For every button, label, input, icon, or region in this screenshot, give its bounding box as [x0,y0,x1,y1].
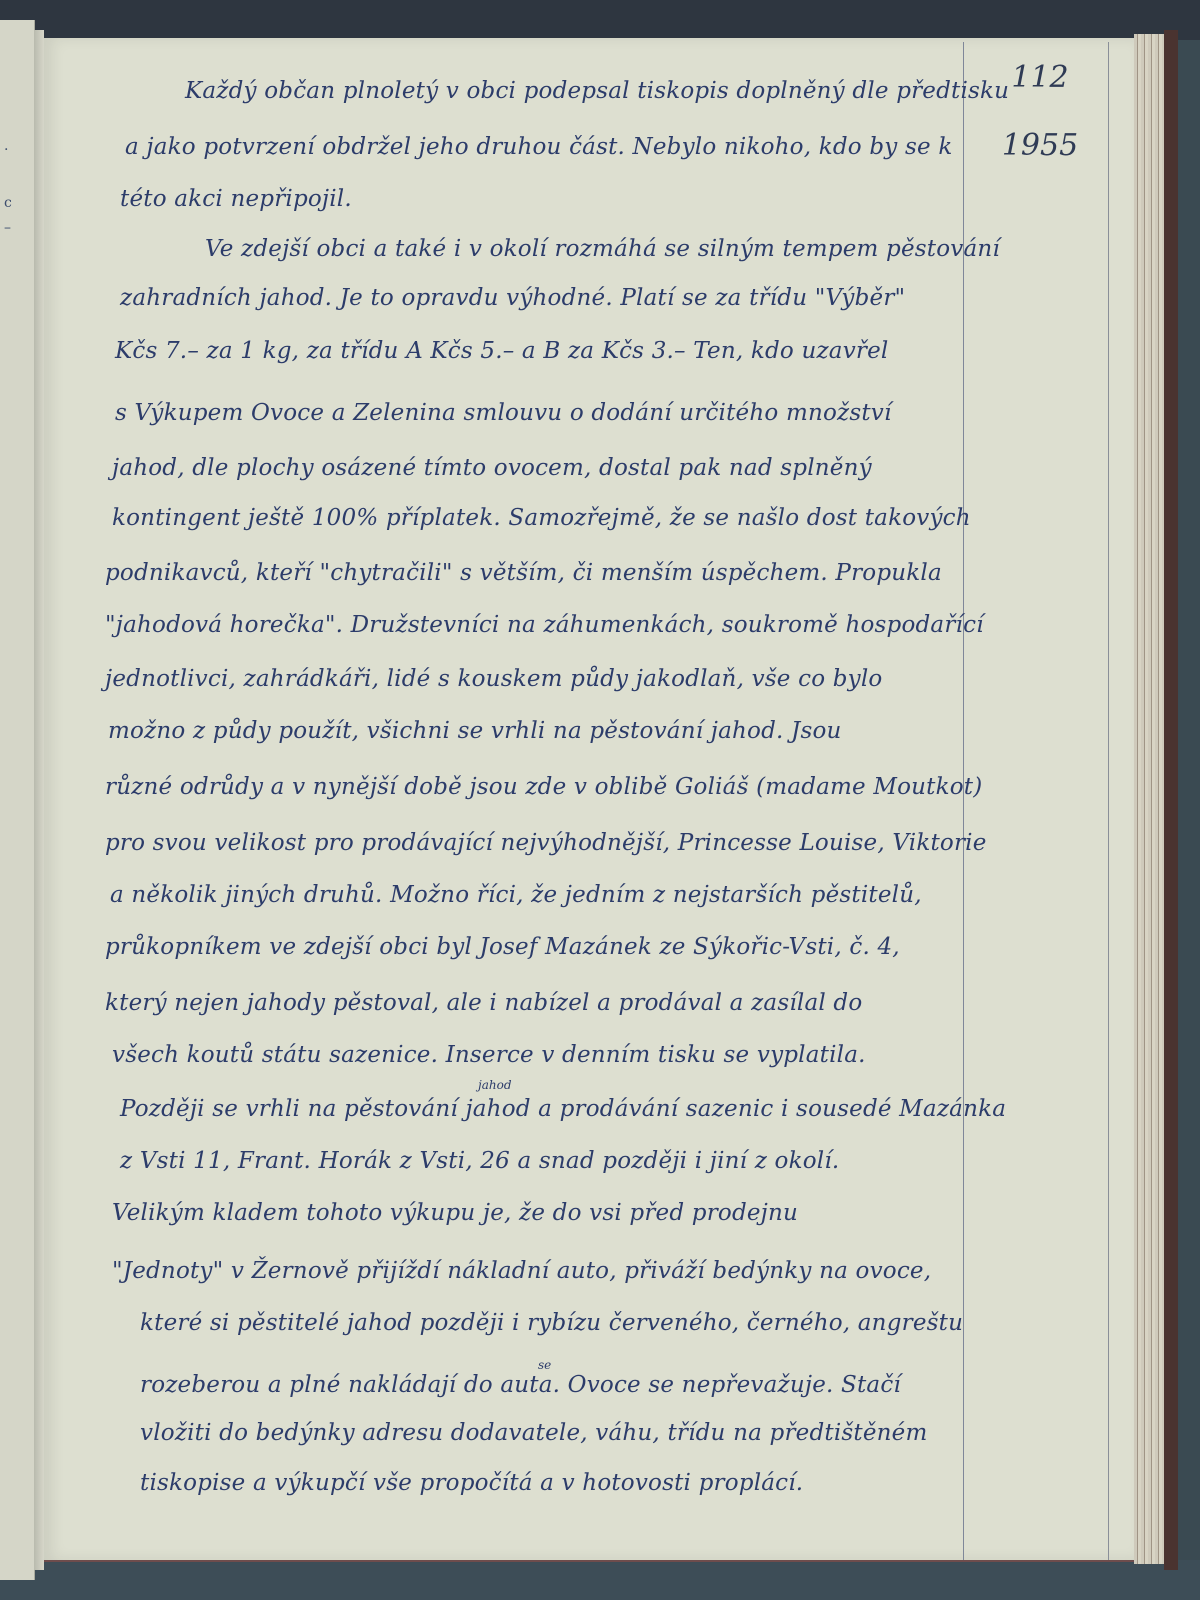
year-label: 1955 [1000,128,1080,163]
text-line: vložiti do bedýnky adresu dodavatele, vá… [140,1420,927,1446]
text-line: Velikým kladem tohoto výkupu je, že do v… [112,1200,798,1226]
text-line: jahod, dle plochy osázené tímto ovocem, … [112,455,872,481]
text-line: Každý občan plnoletý v obci podepsal tis… [185,78,1009,104]
text-line: Ve zdejší obci a také i v okolí rozmáhá … [205,236,1000,262]
text-line: Později se vrhli na pěstování jahod a pr… [120,1096,1006,1122]
text-line: průkopníkem ve zdejší obci byl Josef Maz… [105,934,900,960]
book-gutter [34,30,44,1570]
text-line: kontingent ještě 100% příplatek. Samozře… [112,505,971,531]
text-line: "Jednoty" v Žernově přijíždí nákladní au… [112,1258,931,1284]
inserted-word: se [538,1358,551,1372]
text-line: pro svou velikost pro prodávající nejvýh… [105,830,987,856]
facing-page-mark: . [4,138,8,154]
outer-rule-line [1108,42,1109,1560]
text-line: této akci nepřipojil. [120,186,352,212]
facing-page-mark: – [4,220,11,236]
text-line: různé odrůdy a v nynější době jsou zde v… [105,774,982,800]
page-number: 112 [1000,60,1080,95]
text-line: s Výkupem Ovoce a Zelenina smlouvu o dod… [115,400,892,426]
text-line: které si pěstitelé jahod později i rybíz… [140,1310,963,1336]
text-line: který nejen jahody pěstoval, ale i nabíz… [105,990,862,1016]
facing-page-mark: c [4,195,12,211]
text-line: rozeberou a plné nakládají do auta. Ovoc… [140,1372,901,1398]
page-stack-edges [1134,34,1164,1564]
text-line: podnikavců, kteří "chytračili" s větším,… [105,560,942,586]
text-line: "jahodová horečka". Družstevníci na záhu… [105,612,984,638]
text-line: jednotlivci, zahrádkáři, lidé s kouskem … [105,666,882,692]
scanner-backdrop-top [0,0,1200,40]
scanner-backdrop-bottom [0,1560,1200,1600]
text-line: a několik jiných druhů. Možno říci, že j… [110,882,922,908]
text-line: Kčs 7.– za 1 kg, za třídu A Kčs 5.– a B … [115,338,888,364]
text-line: zahradních jahod. Je to opravdu výhodné.… [120,285,905,311]
text-line: a jako potvrzení obdržel jeho druhou čás… [125,134,952,160]
facing-page-edge: . c – [0,20,35,1580]
inserted-word: jahod [478,1078,512,1092]
book-cover-edge [1164,30,1178,1570]
text-line: možno z půdy použít, všichni se vrhli na… [108,718,842,744]
text-line: všech koutů státu sazenice. Inserce v de… [112,1042,866,1068]
text-line: z Vsti 11, Frant. Horák z Vsti, 26 a sna… [120,1148,839,1174]
margin-rule-line [963,42,964,1560]
text-line: tiskopise a výkupčí vše propočítá a v ho… [140,1470,803,1496]
